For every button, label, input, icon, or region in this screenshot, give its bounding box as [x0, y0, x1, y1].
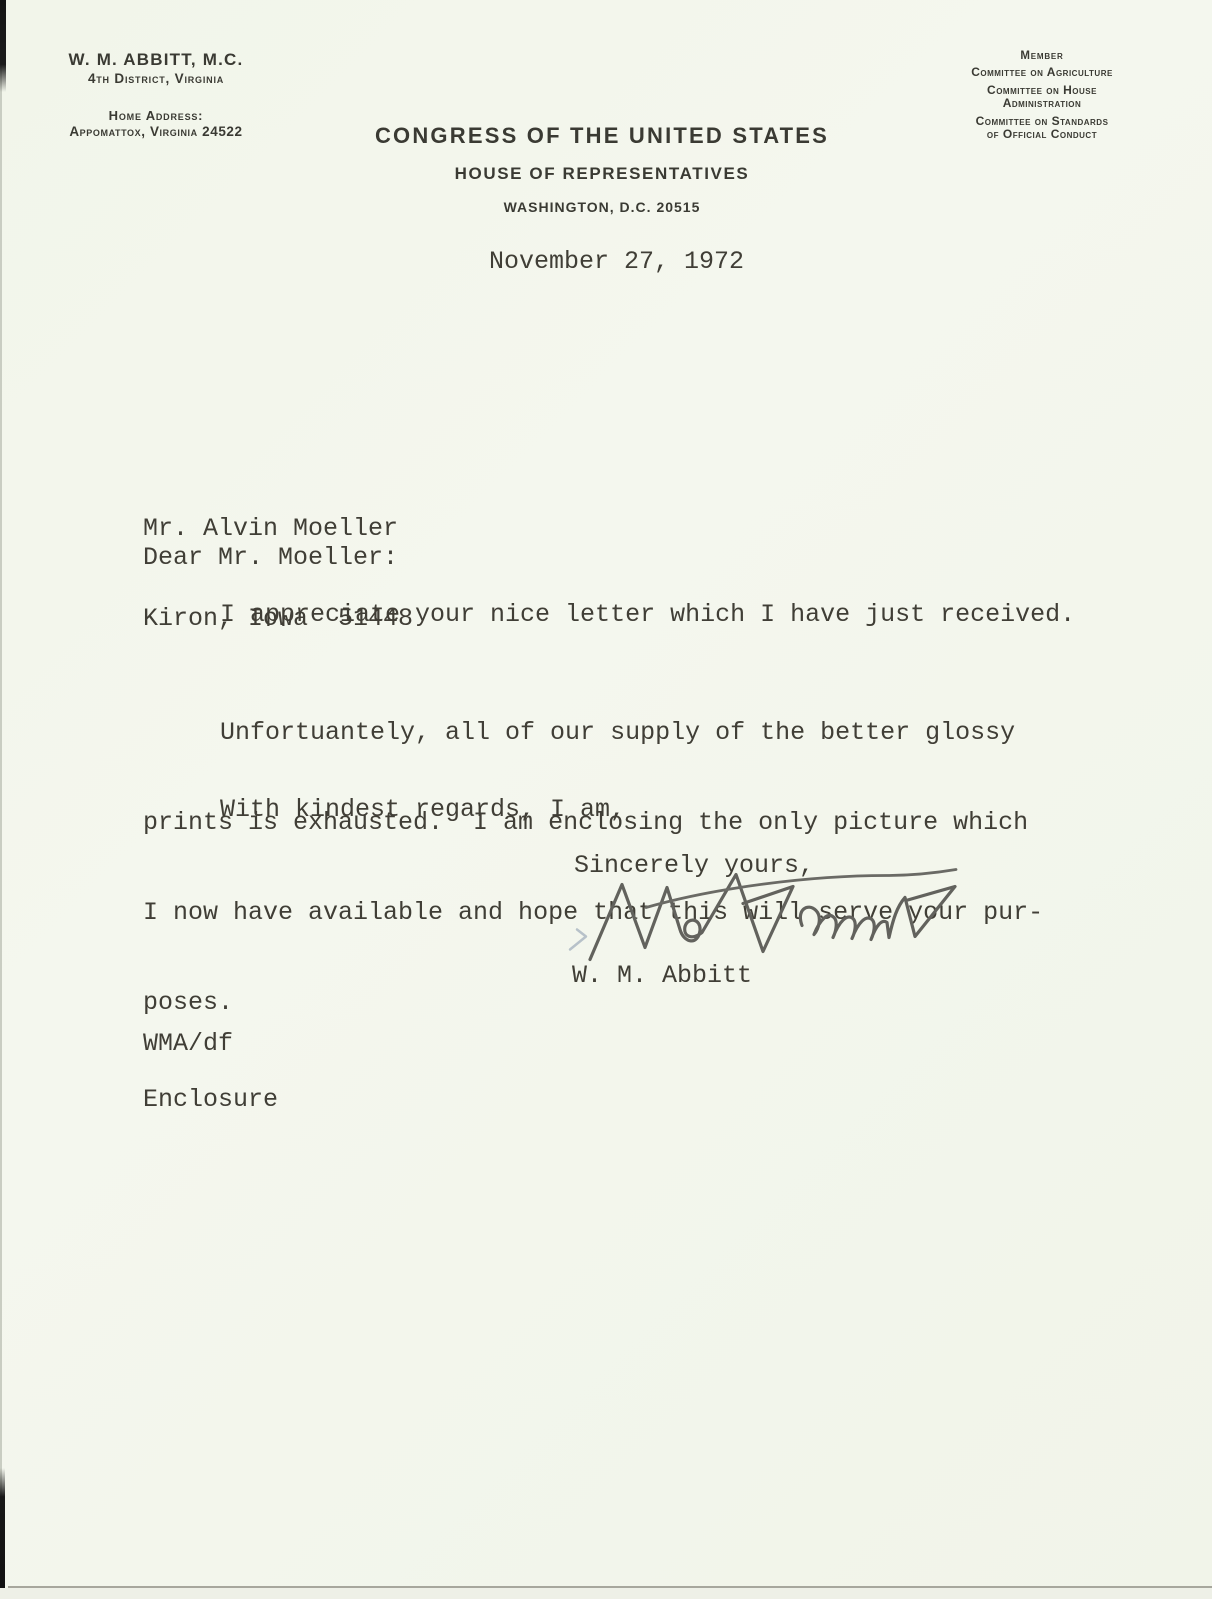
home-address-label: Home Address: [34, 108, 278, 123]
body-line: poses. [143, 988, 1043, 1018]
scan-edge-left [0, 0, 2, 1599]
salutation: Dear Mr. Moeller: [143, 543, 398, 573]
enclosure-notation: Enclosure [143, 1085, 278, 1115]
member-label: Member [928, 50, 1156, 62]
committee-line: of Official Conduct [928, 128, 1156, 142]
sender-name: W. M. ABBITT, M.C. [34, 50, 278, 70]
body-paragraph-1: I appreciate your nice letter which I ha… [220, 600, 1075, 630]
home-address: Appomattox, Virginia 24522 [34, 124, 278, 139]
washington-address: WASHINGTON, D.C. 20515 [346, 199, 858, 215]
letterhead-sender-block: W. M. ABBITT, M.C. 4th District, Virgini… [34, 50, 278, 139]
letterhead-committees-block: Member Committee on Agriculture Committe… [928, 50, 1156, 142]
handwritten-signature [556, 858, 966, 966]
body-line: Unfortuantely, all of our supply of the … [143, 718, 1043, 748]
committee-line: Committee on Standards [928, 115, 1156, 129]
signature-ink-icon [556, 858, 966, 966]
committee-line: Committee on Agriculture [928, 66, 1156, 80]
letter-document: W. M. ABBITT, M.C. 4th District, Virgini… [0, 0, 1212, 1599]
house-title: HOUSE OF REPRESENTATIVES [346, 164, 858, 184]
scan-edge-bottom-strip [0, 1588, 1212, 1599]
committee-line: Administration [928, 97, 1156, 111]
recipient-name: Mr. Alvin Moeller [143, 514, 413, 544]
letter-date: November 27, 1972 [489, 247, 744, 277]
scan-edge-left-top [0, 0, 6, 92]
scan-edge-left-bottom [0, 1468, 5, 1599]
typed-signature-name: W. M. Abbitt [572, 961, 752, 991]
congress-title: CONGRESS OF THE UNITED STATES [346, 123, 858, 149]
sender-district: 4th District, Virginia [34, 71, 278, 86]
letterhead-title-block: CONGRESS OF THE UNITED STATES HOUSE OF R… [346, 123, 858, 215]
body-paragraph-3: With kindest regards, I am, [220, 795, 625, 825]
reference-initials: WMA/df [143, 1029, 233, 1059]
committee-line: Committee on House [928, 84, 1156, 98]
